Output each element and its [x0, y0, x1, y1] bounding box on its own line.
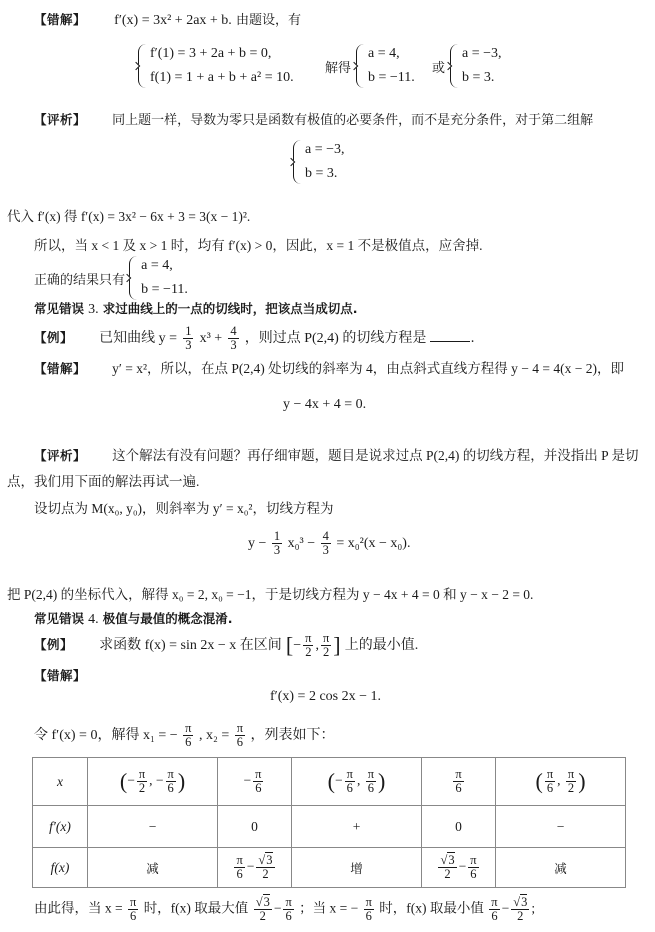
table-cell: 0: [218, 806, 292, 848]
fraction: π6: [183, 722, 193, 749]
left-brace-icon: [450, 44, 459, 88]
analysis-text: 同上题一样，导数为零只是函数有极值的必要条件，而不是充分条件，对于第二组解: [112, 113, 593, 128]
section-heading-text: 极值与最值的概念混淆.: [103, 611, 233, 626]
denominator: 3: [272, 544, 282, 557]
row-header: x: [33, 758, 88, 806]
equation-system: f′(1) = 3 + 2a + b = 0, f(1) = 1 + a + b…: [138, 44, 294, 88]
denominator: 2: [303, 646, 313, 659]
solution-2-line-1: a = −3,: [462, 46, 502, 62]
table-cell: (π6, π2): [496, 758, 626, 806]
numerator: π: [283, 896, 293, 910]
table-row-f: f(x) 减 π6−32 增 32−π6 减: [33, 848, 626, 888]
left-brace-icon: [293, 140, 302, 184]
second-solution-system: a = −3, b = 3.: [293, 140, 345, 184]
analysis-text: 这个解法有没有问题？再仔细审题，题目是说求过点 P(2,4) 的切线方程，并没指…: [112, 448, 638, 463]
fraction: π6: [235, 722, 245, 749]
tangent-conclusion: 把 P(2,4) 的坐标代入，解得 x₀ = 2, x₀ = −1，于是切线方程…: [7, 583, 533, 603]
fraction: 32: [254, 896, 272, 923]
table-cell: 增: [292, 848, 422, 888]
denominator: 3: [228, 339, 238, 352]
section-heading-prefix: 常见错误: [34, 301, 84, 316]
answer-blank: [430, 329, 470, 342]
row-header-text: f(x): [51, 860, 70, 875]
left-brace-icon: [356, 44, 365, 88]
eq-part: = x₀²(x − x₀).: [336, 536, 410, 551]
fraction: π6: [489, 896, 499, 923]
denominator: 2: [258, 910, 268, 923]
table-cell: 32−π6: [422, 848, 496, 888]
solution-1: a = 4, b = −11.: [356, 44, 415, 88]
system-line-1: f′(1) = 3 + 2a + b = 0,: [150, 46, 294, 62]
numerator: π: [183, 722, 193, 736]
paren: ): [178, 769, 185, 794]
text-part: ，列表如下：: [251, 728, 335, 743]
solution-2-line-2: b = 3.: [462, 70, 502, 86]
numerator: π: [489, 896, 499, 910]
row-header-text: f′(x): [49, 819, 71, 834]
example-text: 已知曲线 y =: [99, 331, 177, 346]
table-cell: π6: [422, 758, 496, 806]
fraction: π2: [321, 632, 331, 659]
analysis-label: 【评析】: [34, 448, 86, 463]
analysis-3-line: 【评析】 这个解法有没有问题？再仔细审题，题目是说求过点 P(2,4) 的切线方…: [34, 444, 639, 464]
left-brace-icon: [129, 256, 138, 300]
wrong-solution-label: 【错解】: [34, 12, 86, 27]
denominator: 6: [128, 910, 138, 923]
fraction: 43: [228, 325, 238, 352]
section-4-heading: 常见错误 4. 极值与最值的概念混淆.: [34, 609, 233, 628]
wrong-solution-line: 【错解】 f′(x) = 3x² + 2ax + b. 由题设，有: [34, 9, 301, 29]
example-text: 上的最小值.: [345, 638, 419, 653]
numerator: π: [364, 896, 374, 910]
right-bracket: ]: [333, 633, 340, 658]
example-4-line: 【例】 求函数 f(x) = sin 2x − x 在区间 [−π2,π2] 上…: [34, 632, 418, 659]
example-3-line: 【例】 已知曲线 y = 13 x³ + 43 ，则过点 P(2,4) 的切线方…: [34, 325, 475, 352]
analysis-label: 【评析】: [34, 112, 86, 127]
numerator: π: [321, 632, 331, 646]
table-cell: −: [496, 806, 626, 848]
fraction: π6: [283, 896, 293, 923]
section-number: 3.: [88, 302, 99, 317]
text-part: ；当 x = −: [299, 901, 358, 916]
numerator: π: [235, 722, 245, 736]
correct-prefix: 正确的结果只有: [34, 269, 125, 288]
minus-sign: −: [502, 901, 510, 916]
solution-1-line-1: a = 4,: [368, 46, 415, 62]
fraction: π6: [128, 896, 138, 923]
wrong-result-equation: y − 4x + 4 = 0.: [283, 397, 366, 413]
section-3-heading: 常见错误 3. 求过曲线上的一点的切线时，把该点当成切点.: [34, 299, 358, 318]
period: .: [470, 331, 474, 346]
text-part: , x₂ =: [199, 728, 229, 743]
table-cell: +: [292, 806, 422, 848]
denominator: 6: [235, 736, 245, 749]
denominator: 6: [183, 736, 193, 749]
text-part: 时，f(x) 取最大值: [144, 901, 249, 916]
numerator: 4: [321, 530, 331, 544]
wrong-solution-4-label: 【错解】: [34, 666, 86, 684]
text-part: 由此得，当 x =: [34, 901, 123, 916]
derivative-equation: f′(x) = 2 cos 2x − 1.: [270, 689, 381, 705]
table-cell: (−π6, π6): [292, 758, 422, 806]
paren: (: [535, 769, 542, 794]
denominator: 2: [321, 646, 331, 659]
solution-2: a = −3, b = 3.: [450, 44, 502, 88]
numerator: 1: [272, 530, 282, 544]
table-cell: (−π2, −π6): [88, 758, 218, 806]
correct-line-1: a = 4,: [141, 258, 188, 274]
table-row-fprime: f′(x) − 0 + 0 −: [33, 806, 626, 848]
table-cell: 减: [496, 848, 626, 888]
denominator: 3: [183, 339, 193, 352]
numerator: π: [303, 632, 313, 646]
table-cell: −: [88, 806, 218, 848]
numerator: 3: [254, 896, 272, 910]
denominator: 6: [283, 910, 293, 923]
table-cell: 减: [88, 848, 218, 888]
given-text: 由题设，有: [236, 13, 301, 28]
example-label: 【例】: [34, 637, 73, 652]
critical-points-line: 令 f′(x) = 0，解得 x₁ = − π6 , x₂ = π6 ，列表如下…: [34, 722, 335, 749]
fraction: π6: [364, 896, 374, 923]
minus-sign: −: [274, 901, 282, 916]
eq-part: y −: [248, 536, 266, 551]
left-brace-icon: [138, 44, 147, 88]
system-line-2: b = 3.: [305, 166, 345, 182]
derivative-expression: f′(x) = 3x² + 2ax + b.: [114, 13, 232, 28]
solve-word: 解得: [325, 57, 351, 76]
or-word: 或: [432, 57, 445, 76]
system-line-1: a = −3,: [305, 142, 345, 158]
denominator: 6: [489, 910, 499, 923]
section-heading-prefix: 常见错误: [34, 611, 84, 626]
analysis-line-2: 点，我们用下面的解法再试一遍.: [7, 470, 199, 490]
therefore-line: 所以，当 x < 1 及 x > 1 时，均有 f′(x) > 0，因此，x =…: [34, 234, 483, 254]
wrong-solution-label: 【错解】: [34, 668, 86, 683]
numerator: 4: [228, 325, 238, 339]
table-cell: −π6: [218, 758, 292, 806]
tangent-equation: y − 13 x₀³ − 43 = x₀²(x − x₀).: [248, 530, 410, 557]
substitute-line: 代入 f′(x) 得 f′(x) = 3x² − 6x + 3 = 3(x − …: [7, 205, 250, 225]
semicolon: ;: [531, 901, 535, 916]
minus-sign: −: [293, 638, 301, 653]
row-header: f(x): [33, 848, 88, 888]
final-conclusion: 由此得，当 x = π6 时，f(x) 取最大值 32−π6 ；当 x = − …: [34, 896, 535, 923]
wrong-solution-text: y′ = x²，所以，在点 P(2,4) 处切线的斜率为 4，由点斜式直线方程得…: [112, 361, 624, 376]
analysis-line: 【评析】 同上题一样，导数为零只是函数有极值的必要条件，而不是充分条件，对于第二…: [34, 109, 593, 128]
example-text: 求函数 f(x) = sin 2x − x 在区间: [99, 638, 282, 653]
text-part: 时，f(x) 取最小值: [379, 901, 484, 916]
table-cell: π6−32: [218, 848, 292, 888]
numerator: π: [128, 896, 138, 910]
example-label: 【例】: [34, 330, 73, 345]
section-heading-text: 求过曲线上的一点的切线时，把该点当成切点.: [103, 301, 358, 316]
paren: ): [378, 769, 385, 794]
denominator: 2: [515, 910, 525, 923]
row-header: f′(x): [33, 806, 88, 848]
paren: (: [120, 769, 127, 794]
denominator: 6: [364, 910, 374, 923]
section-number: 4.: [88, 612, 99, 627]
eq-part: x₀³ −: [288, 536, 315, 551]
text-part: 令 f′(x) = 0，解得 x₁ = −: [34, 728, 178, 743]
solution-1-line-2: b = −11.: [368, 70, 415, 86]
fraction: 13: [272, 530, 282, 557]
denominator: 3: [321, 544, 331, 557]
numerator: 3: [511, 896, 529, 910]
paren: (: [328, 769, 335, 794]
tangent-intro: 设切点为 M(x₀, y₀)，则斜率为 y′ = x₀²，切线方程为: [34, 497, 333, 517]
table-cell: 0: [422, 806, 496, 848]
paren: ): [578, 769, 585, 794]
fraction: π2: [303, 632, 313, 659]
example-text: ，则过点 P(2,4) 的切线方程是: [245, 331, 427, 346]
correct-result: 正确的结果只有 a = 4, b = −11.: [34, 256, 188, 300]
fraction: 32: [511, 896, 529, 923]
example-text: x³ +: [200, 331, 223, 346]
wrong-solution-label: 【错解】: [34, 361, 86, 376]
system-line-2: f(1) = 1 + a + b + a² = 10.: [150, 70, 294, 86]
fraction: 43: [321, 530, 331, 557]
comma: ,: [315, 638, 319, 653]
fraction: 13: [183, 325, 193, 352]
table-row-x: x (−π2, −π6) −π6 (−π6, π6) π6 (π6, π2): [33, 758, 626, 806]
numerator: 1: [183, 325, 193, 339]
wrong-solution-3-line: 【错解】 y′ = x²，所以，在点 P(2,4) 处切线的斜率为 4，由点斜式…: [34, 357, 624, 377]
correct-line-2: b = −11.: [141, 282, 188, 298]
row-header-text: x: [57, 774, 63, 789]
variation-table: x (−π2, −π6) −π6 (−π6, π6) π6 (π6, π2) f…: [32, 757, 626, 888]
